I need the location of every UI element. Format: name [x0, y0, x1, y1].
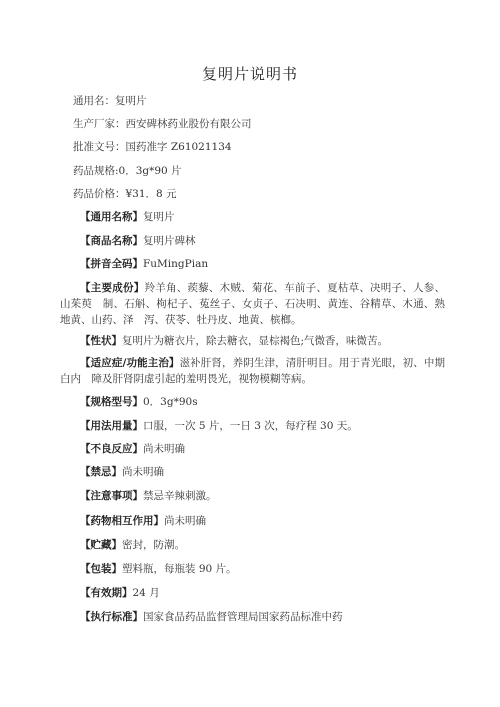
section-label: 【商品名称】 [80, 235, 143, 247]
section-standard: 【执行标准】国家食品药品监督管理局国家药品标准中药 [80, 609, 343, 624]
section-packaging: 【包装】塑料瓶，每瓶装 90 片。 [80, 561, 237, 576]
section-value: FuMingPian [143, 258, 208, 270]
line-label: 药品规格: [73, 165, 119, 177]
spec-line: 药品规格:0．3g*90 片 [73, 163, 182, 178]
section-value: 0．3g*90s [143, 396, 198, 408]
section-value: 复明片 [143, 211, 175, 223]
section-value: 国家食品药品监督管理局国家药品标准中药 [143, 611, 343, 623]
section-interactions: 【药物相互作用】尚未明确 [80, 513, 206, 528]
section-label: 【有效期】 [80, 587, 133, 599]
section-adverse-reactions: 【不良反应】尚未明确 [80, 441, 185, 456]
section-value: 尚未明确 [164, 515, 206, 527]
section-label: 【包装】 [80, 563, 122, 575]
line-label: 通用名： [73, 95, 115, 107]
section-ingredients: 【主要成份】羚羊角、蒺藜、木贼、菊花、车前子、夏枯草、决明子、人参、山茱萸 制、… [60, 280, 445, 328]
section-value: 密封，防潮。 [122, 539, 185, 551]
document-page: 复明片说明书 通用名：复明片 生产厂家：西安碑林药业股份有限公司 批准文号：国药… [0, 0, 500, 707]
line-value: 国药准字 Z61021134 [126, 141, 232, 153]
section-label: 【主要成份】 [80, 282, 144, 294]
section-value: 尚未明确 [143, 443, 185, 455]
line-value: 0．3g*90 片 [119, 165, 182, 177]
generic-name-line: 通用名：复明片 [73, 93, 147, 108]
section-trade-name: 【商品名称】复明片碑林 [80, 233, 196, 248]
section-specification: 【规格型号】0．3g*90s [80, 394, 198, 409]
section-label: 【执行标准】 [80, 611, 143, 623]
section-label: 【不良反应】 [80, 443, 143, 455]
section-label: 【用法用量】 [80, 420, 143, 432]
section-label: 【规格型号】 [80, 396, 143, 408]
document-title: 复明片说明书 [0, 63, 500, 84]
section-pinyin: 【拼音全码】FuMingPian [80, 256, 208, 271]
line-label: 药品价格： [73, 188, 126, 200]
line-label: 生产厂家： [73, 118, 126, 130]
section-generic-name: 【通用名称】复明片 [80, 209, 175, 224]
section-label: 【拼音全码】 [80, 258, 143, 270]
section-indications: 【适应症/功能主治】滋补肝肾，养阴生津，清肝明目。用于青光眼，初、中期白内 障及… [60, 355, 445, 387]
section-value: 口服，一次 5 片，一日 3 次，每疗程 30 天。 [143, 420, 358, 432]
line-label: 批准文号： [73, 141, 126, 153]
section-label: 【药物相互作用】 [80, 515, 164, 527]
section-storage: 【贮藏】密封，防潮。 [80, 537, 185, 552]
section-dosage: 【用法用量】口服，一次 5 片，一日 3 次，每疗程 30 天。 [80, 418, 358, 433]
line-value: 复明片 [115, 95, 147, 107]
section-label: 【适应症/功能主治】 [80, 357, 180, 369]
section-value: 塑料瓶，每瓶装 90 片。 [122, 563, 237, 575]
section-value: 复明片碑林 [143, 235, 196, 247]
price-line: 药品价格：¥31．8 元 [73, 186, 177, 201]
section-value: 24 月 [133, 587, 160, 599]
section-value: 尚未明确 [122, 466, 164, 478]
section-value: 禁忌辛辣刺激。 [143, 490, 217, 502]
manufacturer-line: 生产厂家：西安碑林药业股份有限公司 [73, 116, 252, 131]
section-expiry: 【有效期】24 月 [80, 585, 160, 600]
approval-number-line: 批准文号：国药准字 Z61021134 [73, 139, 232, 154]
section-label: 【性状】 [80, 335, 122, 347]
section-value: 复明片为糖衣片，除去糖衣，显棕褐色;气微香，味微苦。 [122, 335, 388, 347]
section-label: 【通用名称】 [80, 211, 143, 223]
line-value: 西安碑林药业股份有限公司 [126, 118, 252, 130]
line-value: ¥31．8 元 [126, 188, 177, 200]
section-label: 【注意事项】 [80, 490, 143, 502]
section-appearance: 【性状】复明片为糖衣片，除去糖衣，显棕褐色;气微香，味微苦。 [80, 333, 388, 348]
section-contraindications: 【禁忌】尚未明确 [80, 464, 164, 479]
section-label: 【贮藏】 [80, 539, 122, 551]
section-precautions: 【注意事项】禁忌辛辣刺激。 [80, 488, 217, 503]
section-label: 【禁忌】 [80, 466, 122, 478]
